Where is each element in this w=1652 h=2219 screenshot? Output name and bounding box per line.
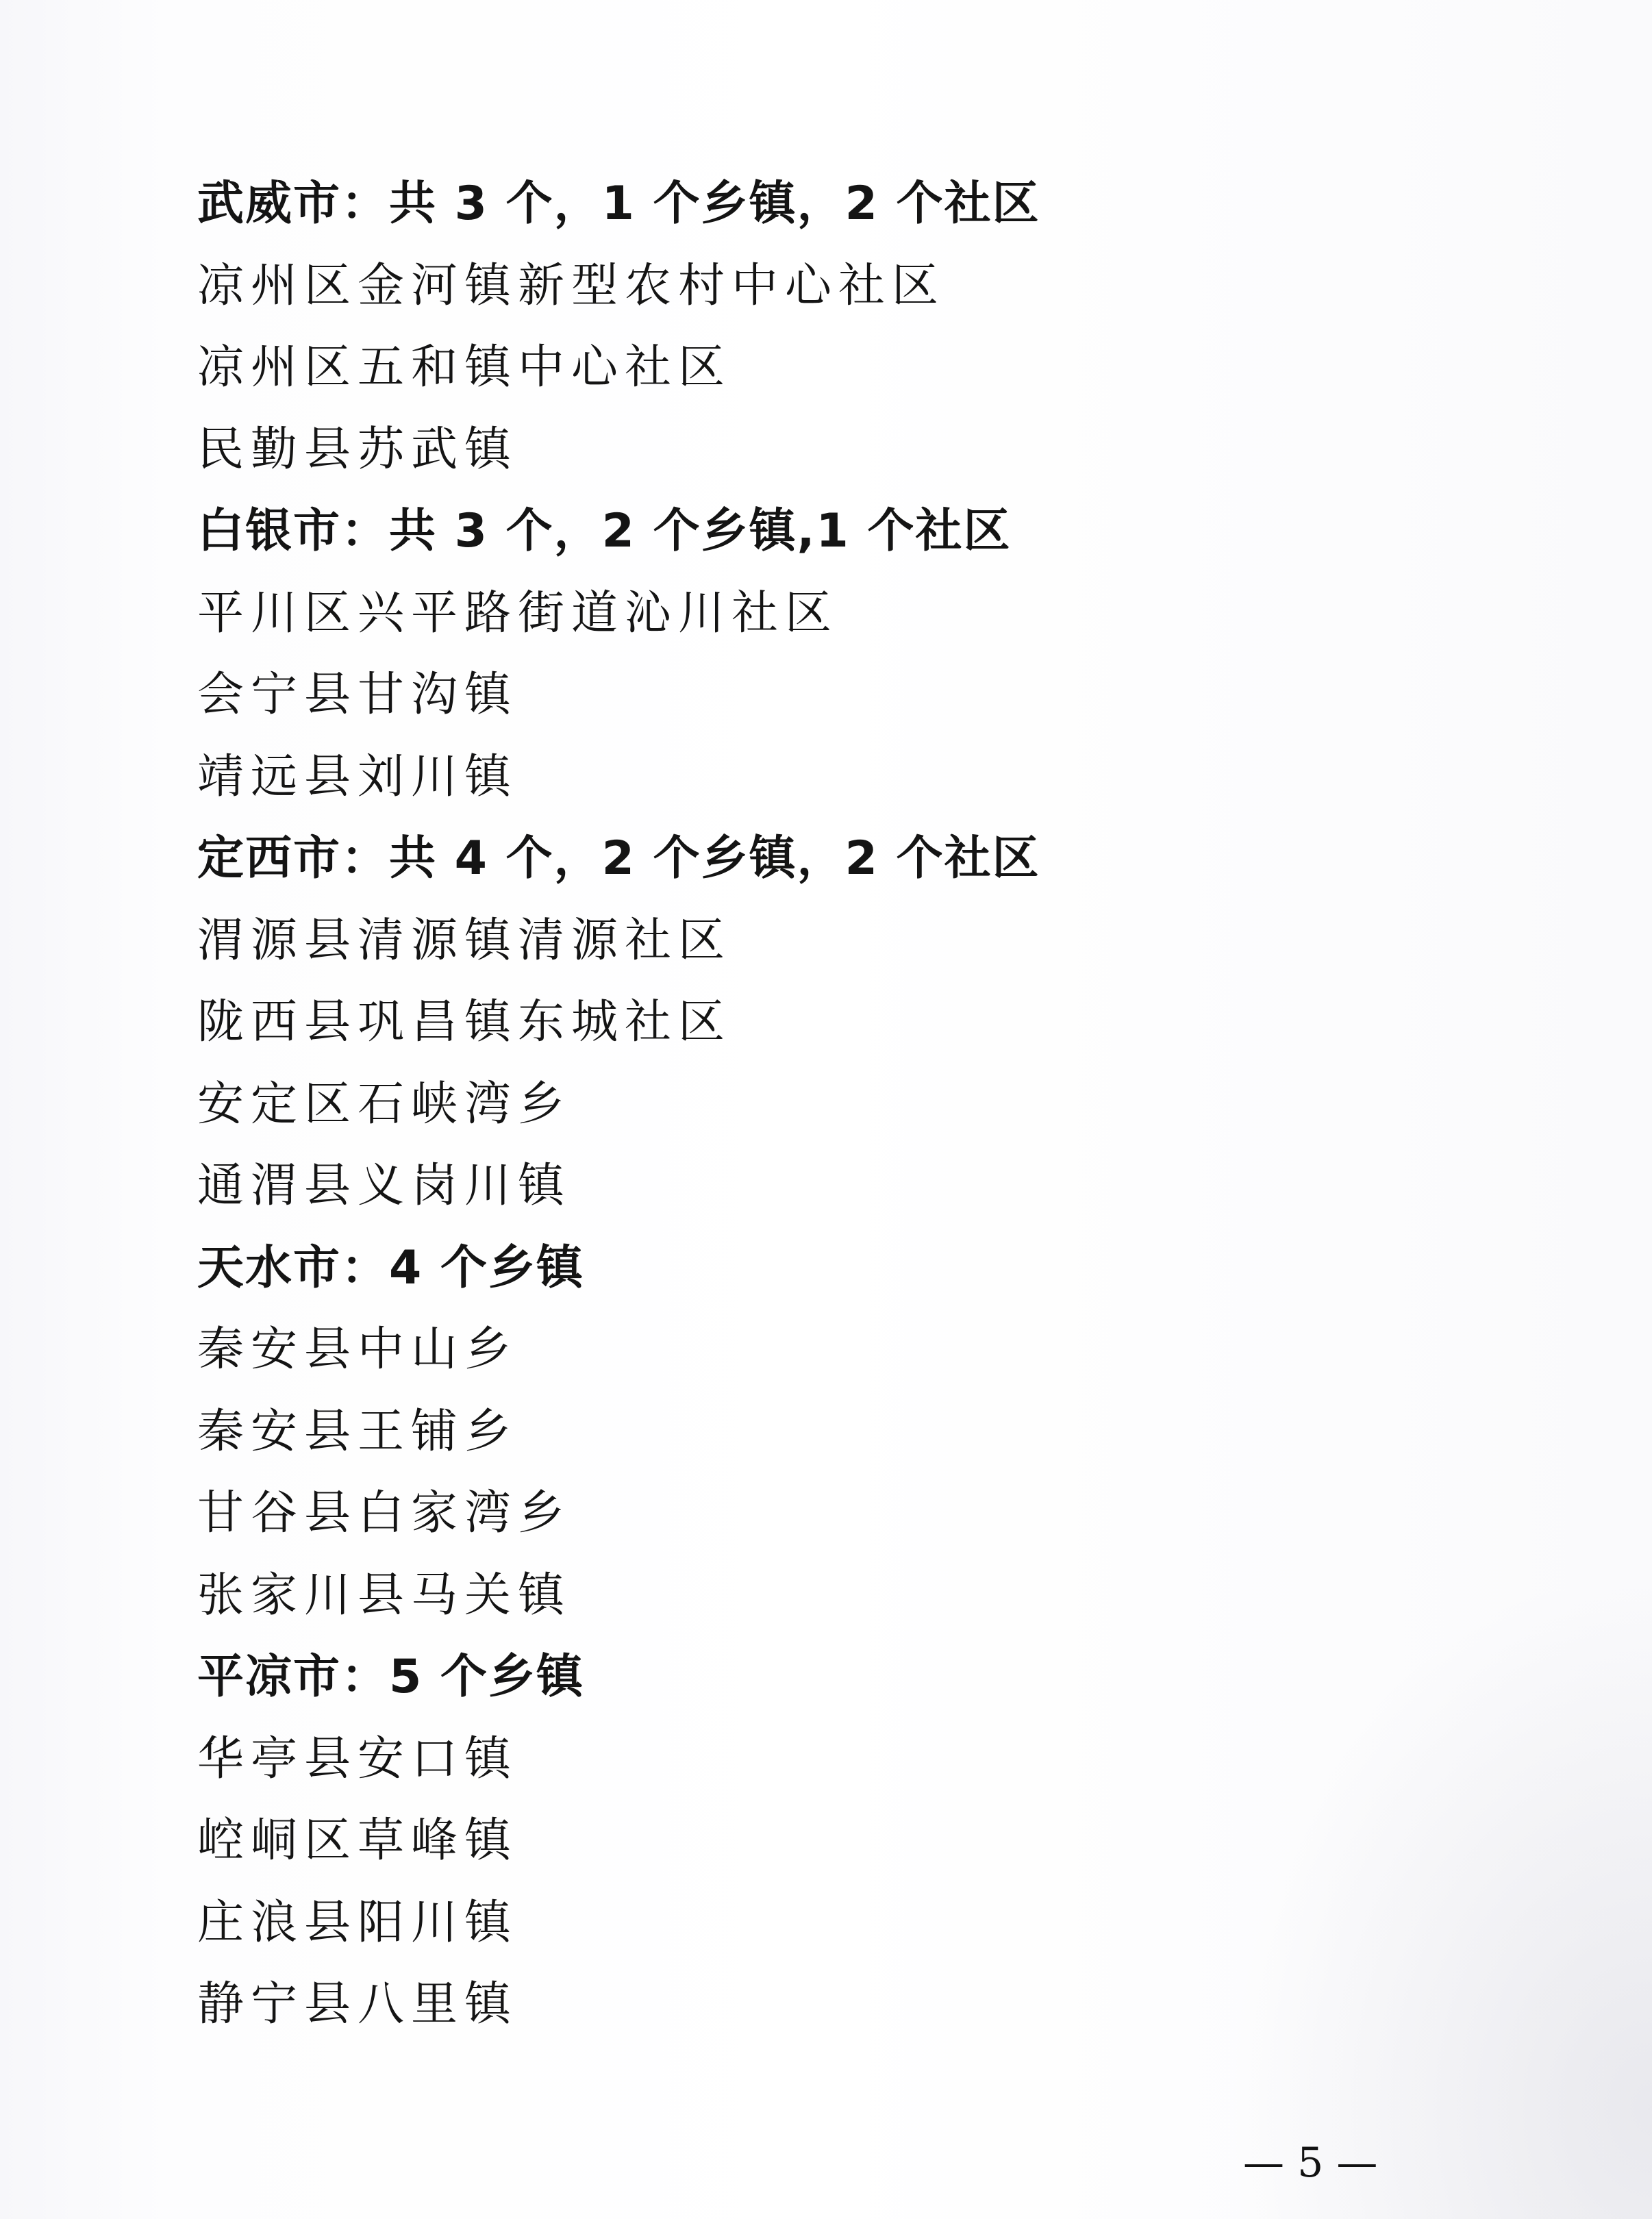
list-item: 凉州区金河镇新型农村中心社区	[197, 245, 1499, 327]
section-heading-pingliang: 平凉市：5 个乡镇	[197, 1636, 1499, 1718]
document-body: 武威市：共 3 个，1 个乡镇，2 个社区 凉州区金河镇新型农村中心社区 凉州区…	[197, 163, 1499, 2046]
list-item: 张家川县马关镇	[197, 1555, 1499, 1637]
page-number: — 5 —	[1243, 2135, 1377, 2190]
section-heading-dingxi: 定西市：共 4 个，2 个乡镇，2 个社区	[197, 818, 1499, 900]
section-heading-tianshui: 天水市：4 个乡镇	[197, 1227, 1499, 1309]
list-item: 渭源县清源镇清源社区	[197, 900, 1499, 982]
list-item: 会宁县甘沟镇	[197, 654, 1499, 736]
list-item: 平川区兴平路街道沁川社区	[197, 573, 1499, 655]
list-item: 崆峒区草峰镇	[197, 1800, 1499, 1882]
list-item: 庄浪县阳川镇	[197, 1882, 1499, 1964]
list-item: 静宁县八里镇	[197, 1964, 1499, 2046]
list-item: 秦安县王铺乡	[197, 1391, 1499, 1473]
section-heading-wuwei: 武威市：共 3 个，1 个乡镇，2 个社区	[197, 163, 1499, 245]
list-item: 华亭县安口镇	[197, 1718, 1499, 1801]
list-item: 甘谷县白家湾乡	[197, 1472, 1499, 1555]
list-item: 民勤县苏武镇	[197, 409, 1499, 491]
list-item: 通渭县义岗川镇	[197, 1145, 1499, 1227]
list-item: 安定区石峡湾乡	[197, 1064, 1499, 1146]
list-item: 靖远县刘川镇	[197, 736, 1499, 818]
section-heading-baiyin: 白银市：共 3 个，2 个乡镇,1 个社区	[197, 490, 1499, 573]
list-item: 凉州区五和镇中心社区	[197, 327, 1499, 409]
list-item: 秦安县中山乡	[197, 1309, 1499, 1391]
document-page: 武威市：共 3 个，1 个乡镇，2 个社区 凉州区金河镇新型农村中心社区 凉州区…	[0, 0, 1652, 2219]
list-item: 陇西县巩昌镇东城社区	[197, 981, 1499, 1064]
